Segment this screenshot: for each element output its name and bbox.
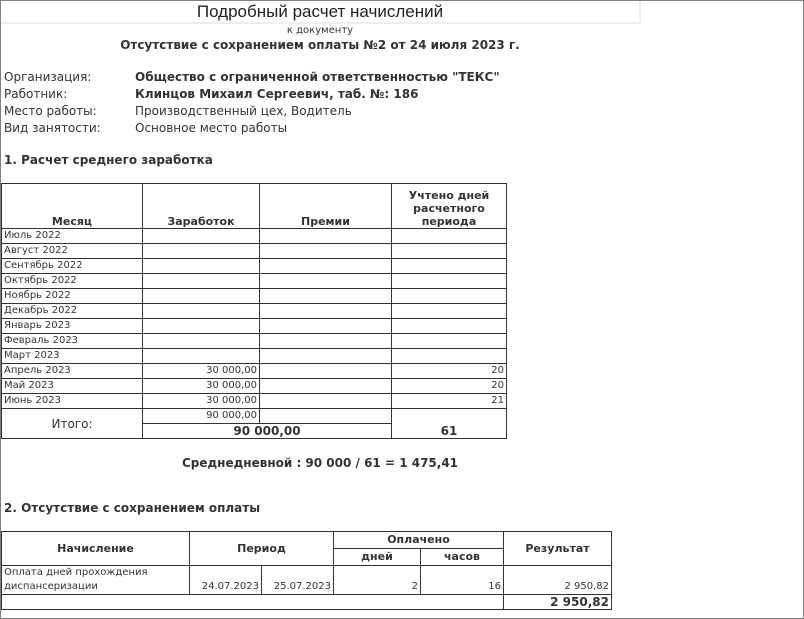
total-label: Итого: [2, 409, 143, 439]
bonus-cell [260, 259, 392, 274]
total-row: 2 950,82 [2, 595, 612, 610]
info-value: Основное место работы [135, 121, 287, 135]
table-row: Январь 2023 [2, 319, 507, 334]
earnings-cell [143, 319, 260, 334]
days-cell [392, 229, 507, 244]
table-row: Ноябрь 2022 [2, 289, 507, 304]
info-value: Клинцов Михаил Сергеевич, таб. №: 186 [135, 87, 418, 101]
report-subtitle: к документу [1, 25, 639, 36]
days-cell [392, 334, 507, 349]
month-cell: Март 2023 [2, 349, 143, 364]
table-row: Июль 2022 [2, 229, 507, 244]
month-cell: Февраль 2023 [2, 334, 143, 349]
document-name: Отсутствие с сохранением оплаты №2 от 24… [1, 38, 639, 52]
total-bonus [260, 409, 392, 424]
days-cell [392, 259, 507, 274]
table-row: Июнь 202330 000,0021 [2, 394, 507, 409]
earnings-cell: 30 000,00 [143, 394, 260, 409]
col-days: Учтено дней расчетного периода [392, 184, 507, 229]
paid-days: 2 [334, 566, 421, 595]
bonus-cell [260, 229, 392, 244]
col-paid-hours: часов [421, 549, 504, 566]
report-title: Подробный расчет начислений [1, 1, 641, 24]
period-from: 24.07.2023 [190, 566, 262, 595]
total-earnings: 90 000,00 [143, 409, 260, 424]
month-cell: Январь 2023 [2, 319, 143, 334]
earnings-cell: 30 000,00 [143, 364, 260, 379]
earnings-cell [143, 349, 260, 364]
month-cell: Июнь 2023 [2, 394, 143, 409]
month-cell: Июль 2022 [2, 229, 143, 244]
earnings-cell [143, 244, 260, 259]
table-row: Март 2023 [2, 349, 507, 364]
col-paid: Оплачено [334, 532, 504, 549]
table-row: Апрель 202330 000,0020 [2, 364, 507, 379]
average-earnings-table: Месяц Заработок Премии Учтено дней расче… [1, 183, 507, 439]
info-label: Место работы: [4, 104, 134, 118]
table-row: Август 2022 [2, 244, 507, 259]
result: 2 950,82 [504, 566, 612, 595]
earnings-cell [143, 229, 260, 244]
bonus-cell [260, 304, 392, 319]
col-period: Период [190, 532, 334, 566]
month-cell: Сентябрь 2022 [2, 259, 143, 274]
bonus-cell [260, 319, 392, 334]
earnings-cell: 30 000,00 [143, 379, 260, 394]
earnings-cell [143, 289, 260, 304]
bonus-cell [260, 349, 392, 364]
table-row: Сентябрь 2022 [2, 259, 507, 274]
section2-title: 2. Отсутствие с сохранением оплаты [4, 501, 260, 515]
bonus-cell [260, 289, 392, 304]
month-cell: Октябрь 2022 [2, 274, 143, 289]
days-cell: 20 [392, 364, 507, 379]
month-cell: Август 2022 [2, 244, 143, 259]
col-accrual: Начисление [2, 532, 190, 566]
info-value: Производственный цех, Водитель [135, 104, 352, 118]
days-cell [392, 319, 507, 334]
paid-hours: 16 [421, 566, 504, 595]
info-label: Вид занятости: [4, 121, 134, 135]
col-earnings: Заработок [143, 184, 260, 229]
bonus-cell [260, 334, 392, 349]
days-cell: 21 [392, 394, 507, 409]
grand-total: 90 000,00 [143, 424, 392, 439]
section1-title: 1. Расчет среднего заработка [4, 153, 213, 167]
info-label: Организация: [4, 70, 134, 84]
month-cell: Ноябрь 2022 [2, 289, 143, 304]
earnings-cell [143, 259, 260, 274]
days-cell [392, 244, 507, 259]
col-bonus: Премии [260, 184, 392, 229]
col-result: Результат [504, 532, 612, 566]
bonus-cell [260, 274, 392, 289]
table-row: Май 202330 000,0020 [2, 379, 507, 394]
days-cell [392, 304, 507, 319]
table-row: Декабрь 2022 [2, 304, 507, 319]
earnings-cell [143, 304, 260, 319]
total-days: 61 [392, 409, 507, 439]
table-row: Февраль 2023 [2, 334, 507, 349]
report-window: Подробный расчет начислений к документу … [0, 0, 804, 619]
month-cell: Декабрь 2022 [2, 304, 143, 319]
total-row: Итого: 90 000,00 61 [2, 409, 507, 424]
bonus-cell [260, 364, 392, 379]
table-row: Оплата дней прохождениядиспансеризации 2… [2, 566, 612, 595]
earnings-cell [143, 334, 260, 349]
average-daily: Среднедневной : 90 000 / 61 = 1 475,41 [1, 456, 639, 470]
bonus-cell [260, 394, 392, 409]
days-cell [392, 274, 507, 289]
total-result: 2 950,82 [504, 595, 612, 610]
col-paid-days: дней [334, 549, 421, 566]
info-value: Общество с ограниченной ответственностью… [135, 70, 500, 84]
month-cell: Май 2023 [2, 379, 143, 394]
absence-payment-table: Начисление Период Оплачено Результат дне… [1, 531, 612, 610]
days-cell [392, 349, 507, 364]
month-cell: Апрель 2023 [2, 364, 143, 379]
table-row: Октябрь 2022 [2, 274, 507, 289]
info-label: Работник: [4, 87, 134, 101]
days-cell [392, 289, 507, 304]
days-cell: 20 [392, 379, 507, 394]
period-to: 25.07.2023 [262, 566, 334, 595]
col-month: Месяц [2, 184, 143, 229]
earnings-cell [143, 274, 260, 289]
total-spacer [2, 595, 504, 610]
accrual-name: Оплата дней прохождениядиспансеризации [2, 566, 190, 595]
bonus-cell [260, 244, 392, 259]
bonus-cell [260, 379, 392, 394]
